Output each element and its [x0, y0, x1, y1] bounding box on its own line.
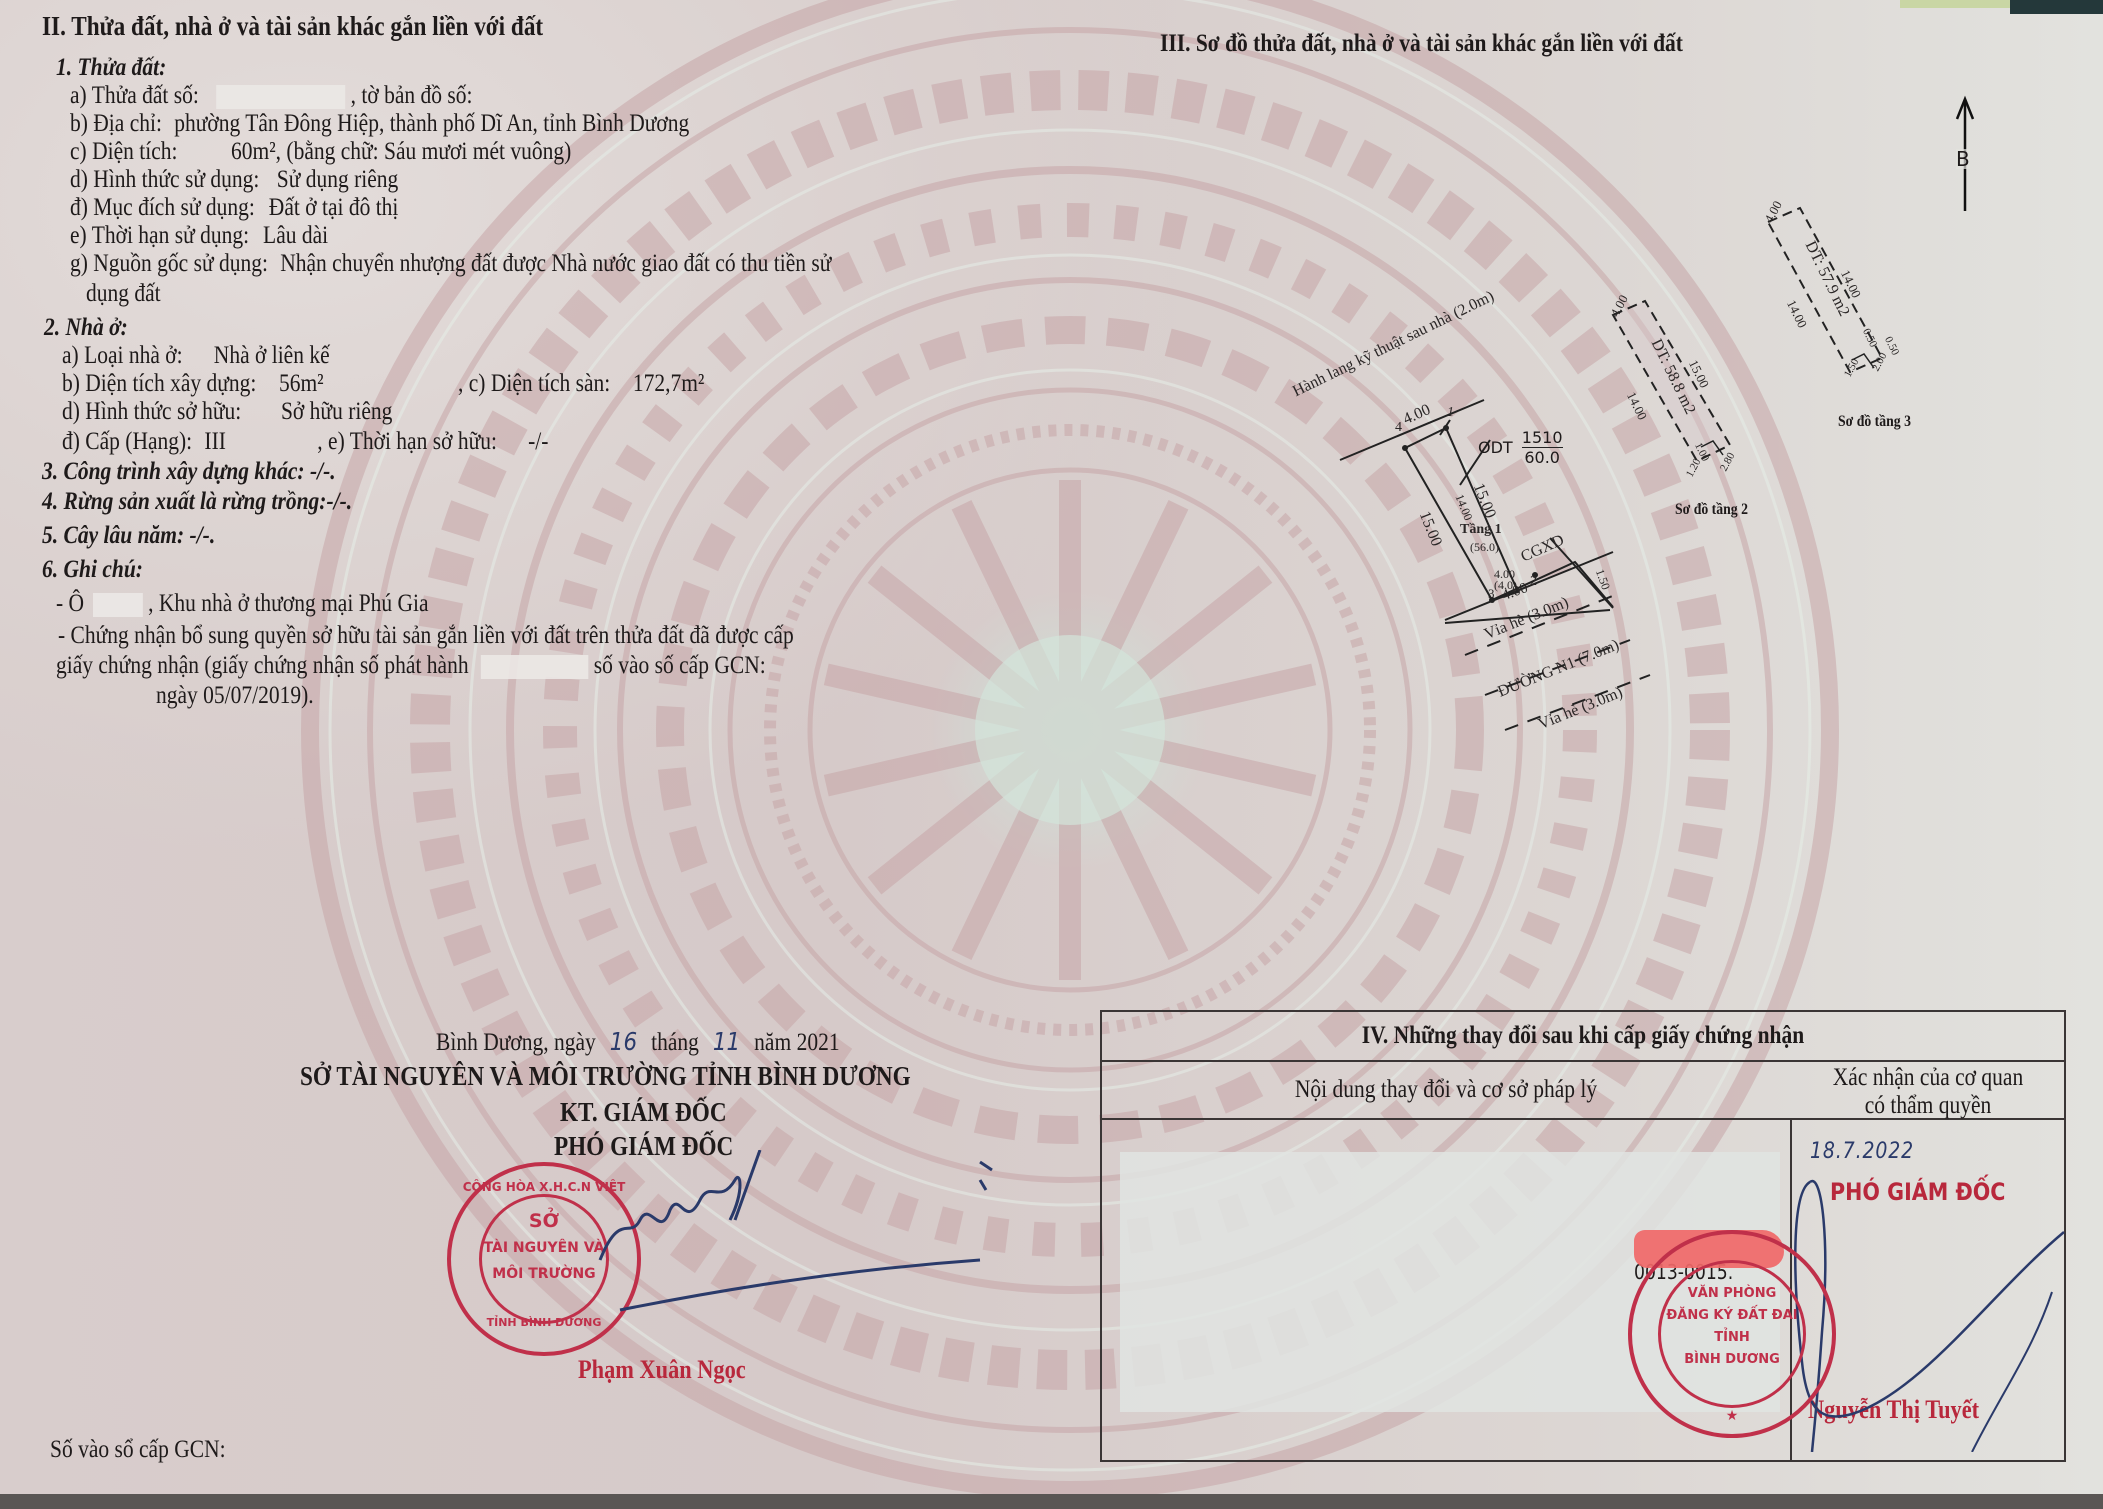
parcel-label: a) Thửa đất số:	[70, 82, 199, 109]
parcel-number-redacted	[216, 85, 345, 109]
notes-line3b: số vào số cấp GCN:	[594, 652, 766, 679]
land-heading: 1. Thửa đất:	[56, 54, 166, 82]
built-area-value: 56m²	[279, 370, 324, 397]
production-forest: 4. Rừng sản xuất là rừng trồng:-/-.	[42, 488, 352, 516]
floor3-caption: Sơ đồ tầng 3	[1838, 408, 1911, 436]
seal2-line1: VĂN PHÒNG	[1632, 1286, 1832, 1301]
notes-line4: ngày 05/07/2019).	[156, 682, 314, 710]
changes-table: IV. Những thay đổi sau khi cấp giấy chứn…	[1100, 1010, 2066, 1462]
purpose-row: đ) Mục đích sử dụng: Đất ở tại đô thị	[70, 194, 398, 222]
area-value: 60m², (bằng chữ: Sáu mươi mét vuông)	[231, 138, 571, 165]
floor-area: (56.0)	[1470, 540, 1499, 555]
grade-value: III	[204, 428, 225, 455]
corner-4: 4	[1395, 420, 1402, 436]
purpose-label: đ) Mục đích sử dụng:	[70, 194, 255, 221]
col-header-content: Nội dung thay đổi và cơ sở pháp lý	[1150, 1076, 1742, 1104]
seal2-line2: ĐĂNG KÝ ĐẤT ĐAI	[1632, 1308, 1832, 1323]
term-row: e) Thời hạn sử dụng: Lâu dài	[70, 222, 328, 250]
section-iii-title: III. Sơ đồ thửa đất, nhà ở và tài sản kh…	[1160, 30, 1683, 58]
term-label: e) Thời hạn sử dụng:	[70, 222, 249, 249]
issue-day: 16	[610, 1027, 637, 1056]
section-ii-title: II. Thửa đất, nhà ở và tài sản khác gắn …	[42, 12, 543, 40]
floor-area-value: 172,7m²	[633, 370, 705, 397]
house-type-value: Nhà ở liên kế	[214, 342, 330, 369]
area-label: c) Diện tích:	[70, 138, 177, 165]
notes-lot-row: - Ô , Khu nhà ở thương mại Phú Gia	[56, 590, 429, 618]
place-date-prefix: Bình Dương, ngày	[436, 1029, 596, 1056]
grade-row: đ) Cấp (Hạng): III , e) Thời hạn sở hữu:…	[62, 428, 548, 456]
use-form-label: d) Hình thức sử dụng:	[70, 166, 259, 193]
map-sheet-label: , tờ bản đồ số:	[351, 82, 473, 109]
house-type-row: a) Loại nhà ở: Nhà ở liên kế	[62, 342, 330, 370]
area-row: c) Diện tích: 60m², (bằng chữ: Sáu mươi …	[70, 138, 571, 166]
col-header-confirm-line2: có thẩm quyền	[1809, 1092, 2046, 1120]
purpose-value: Đất ở tại đô thị	[269, 194, 399, 221]
parcel-row: a) Thửa đất số: , tờ bản đồ số:	[70, 82, 473, 110]
signer-name: Phạm Xuân Ngọc	[578, 1356, 746, 1384]
notes-line3: giấy chứng nhận (giấy chứng nhận số phát…	[56, 652, 766, 680]
origin-row: g) Nguồn gốc sử dụng: Nhận chuyển nhượng…	[70, 250, 831, 278]
origin-value-cont: dụng đất	[86, 280, 161, 308]
grade-label: đ) Cấp (Hạng):	[62, 428, 192, 455]
seal2-line4: BÌNH DƯƠNG	[1632, 1352, 1832, 1367]
certificate-number-redacted	[481, 655, 589, 679]
photo-background-edge-light	[1900, 0, 2010, 8]
corner-2: 2	[1530, 574, 1537, 590]
month-label: tháng	[651, 1029, 699, 1056]
seal2-star-icon: ★	[1632, 1408, 1832, 1424]
registry-number-label: Số vào sổ cấp GCN:	[50, 1436, 226, 1464]
year-label: năm 2021	[754, 1029, 839, 1056]
own-term-label: , e) Thời hạn sở hữu:	[317, 428, 497, 455]
col-header-confirm-line1: Xác nhận của cơ quan	[1809, 1064, 2046, 1092]
registration-office-seal: VĂN PHÒNG ĐĂNG KÝ ĐẤT ĐAI TỈNH BÌNH DƯƠN…	[1628, 1230, 1836, 1438]
built-area-row: b) Diện tích xây dựng: 56m² , c) Diện tí…	[62, 370, 704, 398]
issuing-agency: SỞ TÀI NGUYÊN VÀ MÔI TRƯỜNG TỈNH BÌNH DƯ…	[300, 1062, 911, 1090]
handwritten-signature-icon	[560, 1150, 1000, 1330]
certificate-page: II. Thửa đất, nhà ở và tài sản khác gắn …	[0, 0, 2103, 1509]
built-area-label: b) Diện tích xây dựng:	[62, 370, 256, 397]
other-construction: 3. Công trình xây dựng khác: -/-.	[42, 458, 336, 486]
place-date-line: Bình Dương, ngày 16 tháng 11 năm 2021	[436, 1028, 840, 1057]
address-label: b) Địa chỉ:	[70, 110, 162, 137]
origin-label: g) Nguồn gốc sử dụng:	[70, 250, 268, 277]
section-iv-title: IV. Những thay đổi sau khi cấp giấy chứn…	[1169, 1022, 1996, 1050]
north-label: B	[1956, 149, 1970, 169]
lot-number-redacted	[93, 593, 143, 617]
notes-lot-prefix: - Ô	[56, 590, 84, 617]
floor2-caption: Sơ đồ tầng 2	[1675, 496, 1748, 524]
use-form-row: d) Hình thức sử dụng: Sử dụng riêng	[70, 166, 398, 194]
land-use-code: ODT	[1478, 438, 1513, 457]
notes-heading: 6. Ghi chú:	[42, 556, 143, 584]
north-arrow: B	[1950, 95, 1980, 215]
notes-line2: - Chứng nhận bổ sung quyền sở hữu tài sả…	[58, 622, 794, 650]
house-heading: 2. Nhà ở:	[44, 314, 128, 342]
address-value: phường Tân Đông Hiệp, thành phố Dĩ An, t…	[174, 110, 689, 137]
on-behalf-label: KT. GIÁM ĐỐC	[560, 1098, 727, 1126]
corner-3: 3	[1488, 586, 1495, 602]
parcel-area: 60.0	[1522, 448, 1563, 467]
notes-line3a: giấy chứng nhận (giấy chứng nhận số phát…	[56, 652, 469, 679]
notes-lot-suffix: , Khu nhà ở thương mại Phú Gia	[148, 590, 428, 617]
house-type-label: a) Loại nhà ở:	[62, 342, 183, 369]
corner-1: 1	[1447, 405, 1454, 421]
address-row: b) Địa chỉ: phường Tân Đông Hiệp, thành …	[70, 110, 689, 138]
floor-area-label: , c) Diện tích sàn:	[458, 370, 610, 397]
floor-label: Tầng 1	[1460, 522, 1502, 538]
use-form-value: Sử dụng riêng	[277, 166, 399, 193]
photo-background-edge	[2010, 0, 2103, 14]
ownership-value: Sở hữu riêng	[281, 398, 392, 425]
origin-value: Nhận chuyển nhượng đất được Nhà nước gia…	[280, 250, 831, 277]
parcel-number: 1510	[1522, 428, 1563, 448]
parcel-label-group: ODT 1510 60.0	[1478, 428, 1563, 467]
perennial-trees: 5. Cây lâu năm: -/-.	[42, 522, 215, 550]
seal2-line3: TỈNH	[1632, 1330, 1832, 1345]
ownership-row: d) Hình thức sở hữu: Sở hữu riêng	[62, 398, 392, 426]
ownership-label: d) Hình thức sở hữu:	[62, 398, 241, 425]
issue-month: 11	[713, 1027, 740, 1056]
own-term-value: -/-	[528, 428, 548, 455]
bottom-edge-shadow	[0, 1494, 2103, 1509]
term-value: Lâu dài	[263, 222, 328, 249]
